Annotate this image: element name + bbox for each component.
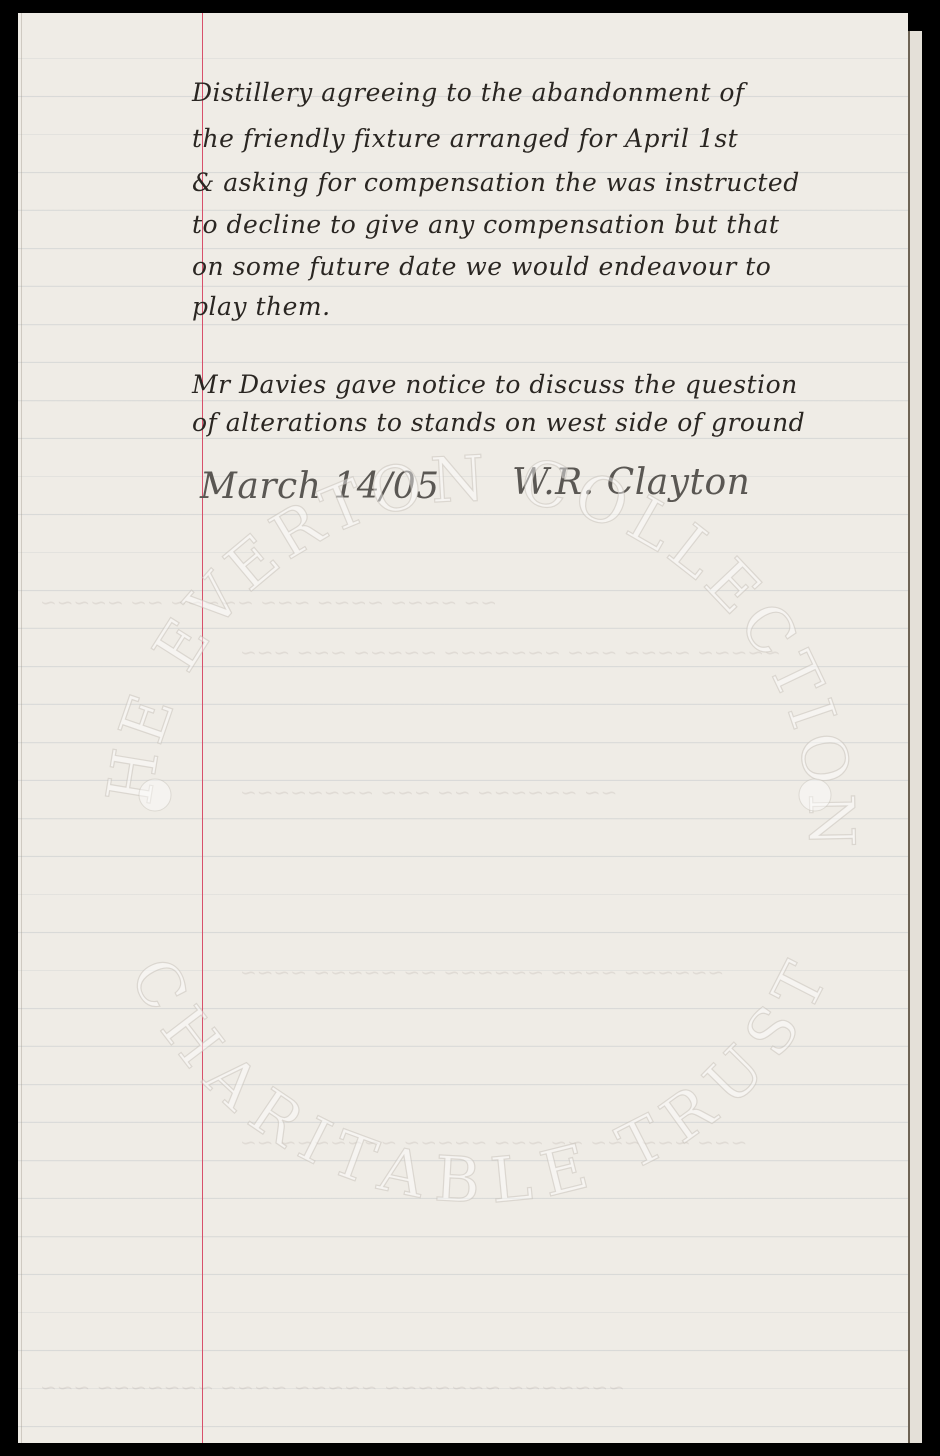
bleed-through-text: ~~~ ~~~~~~ ~~ ~~~ ~~~~~ ~~~~~~~ ~~	[240, 1130, 747, 1154]
notice-line: of alterations to stands on west side of…	[192, 408, 805, 437]
corner-notch	[908, 13, 922, 31]
bleed-through-text: ~~ ~~~~~~ ~~ ~~~ ~~~~~~~~	[240, 780, 617, 804]
entry-line: play them.	[192, 292, 331, 321]
page-left-edge	[21, 13, 22, 1443]
signoff-date: March 14/05	[200, 466, 440, 507]
bleed-through-text: ~~~~~ ~~~~ ~~~ ~~~~~~~ ~~~~~ ~~~ ~~~	[240, 640, 781, 664]
bleed-through-text: ~~ ~~~~ ~~~~ ~~~ ~~~~~ ~~ ~~~~~	[40, 590, 497, 614]
entry-line: & asking for compensation the was instru…	[192, 168, 800, 197]
next-page-edge	[910, 31, 922, 1443]
entry-line: Distillery agreeing to the abandonment o…	[192, 78, 745, 107]
notice-line: Mr Davies gave notice to discuss the que…	[192, 370, 798, 399]
bleed-through-text: ~~~~~~ ~~~~ ~~~~~~ ~~ ~~~~~ ~~~~	[240, 960, 724, 984]
entry-line: on some future date we would endeavour t…	[192, 252, 771, 281]
entry-line: the friendly fixture arranged for April …	[192, 124, 738, 153]
entry-line: to decline to give any compensation but …	[192, 210, 779, 239]
chairman-signature: W.R. Clayton	[512, 462, 750, 503]
bleed-through-text: ~~~~~~~ ~~~~~~~ ~~~~~ ~~~~ ~~~~~~~ ~~~	[40, 1375, 625, 1399]
